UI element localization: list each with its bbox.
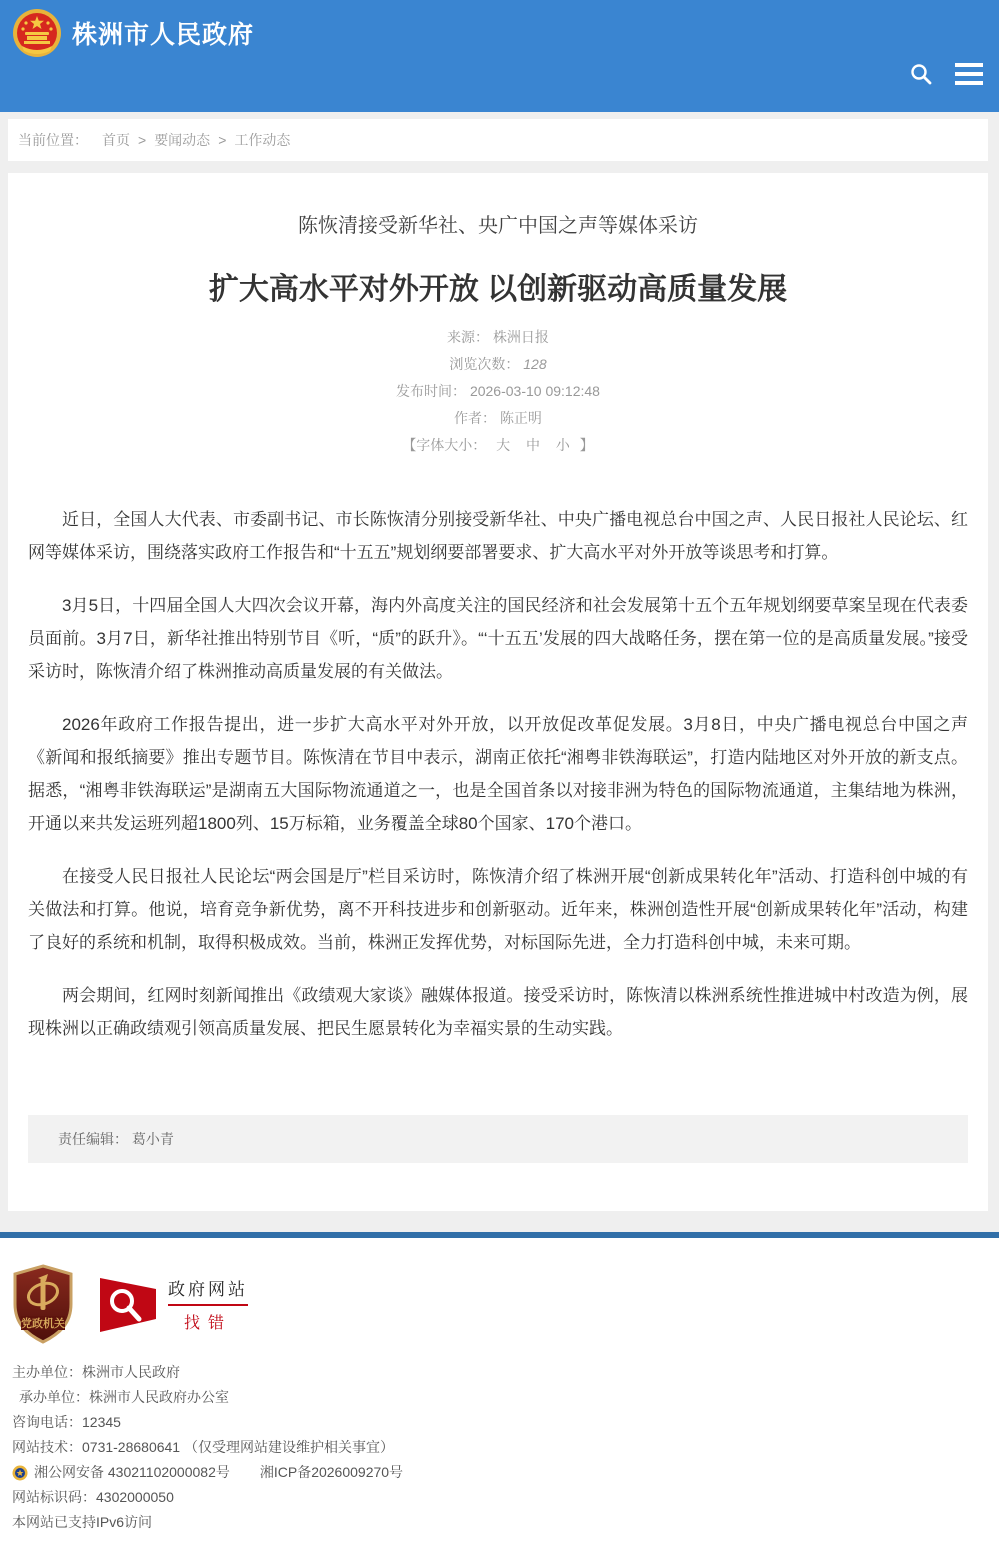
- article-paragraph: 两会期间，红网时刻新闻推出《政绩观大家谈》融媒体报道。接受采访时，陈恢清以株洲系…: [28, 979, 968, 1045]
- header-icons: [909, 62, 983, 86]
- article-card: 陈恢清接受新华社、央广中国之声等媒体采访 扩大高水平对外开放 以创新驱动高质量发…: [8, 173, 988, 1211]
- footer-hotline: 咨询电话：12345: [12, 1410, 987, 1435]
- article-paragraph: 在接受人民日报社人民论坛“两会国是厅”栏目采访时，陈恢清介绍了株洲开展“创新成果…: [28, 860, 968, 959]
- footer-site-id: 网站标识码：4302000050: [12, 1485, 987, 1510]
- site-title: 株洲市人民政府: [72, 15, 254, 51]
- menu-hamburger-icon[interactable]: [955, 63, 983, 85]
- article-title: 扩大高水平对外开放 以创新驱动高质量发展: [28, 264, 968, 308]
- meta-source: 来源： 株洲日报: [28, 324, 968, 351]
- meta-views: 浏览次数： 128: [28, 351, 968, 378]
- logo-row: 株洲市人民政府: [0, 0, 999, 58]
- breadcrumb-item-work[interactable]: 工作动态: [234, 130, 290, 150]
- footer-info: 主办单位：株洲市人民政府 承办单位：株洲市人民政府办公室 咨询电话：12345 …: [12, 1360, 987, 1535]
- meta-views-label: 浏览次数：: [449, 356, 519, 372]
- editor-box: 责任编辑： 葛小青: [28, 1115, 968, 1163]
- font-size-small-button[interactable]: 小: [556, 437, 570, 453]
- website-error-report-link[interactable]: 政府网站 找错: [100, 1275, 248, 1333]
- site-header: 株洲市人民政府: [0, 0, 999, 112]
- footer-ipv6-text: 本网站已支持IPv6访问: [12, 1514, 152, 1530]
- meta-publish-time: 发布时间： 2026-03-10 09:12:48: [28, 378, 968, 405]
- footer-hotline-label: 咨询电话：: [12, 1414, 82, 1430]
- article-paragraph: 2026年政府工作报告提出，进一步扩大高水平对外开放，以开放促改革促发展。3月8…: [28, 708, 968, 840]
- meta-publish-value: 2026-03-10 09:12:48: [470, 383, 600, 399]
- footer-host-value: 株洲市人民政府: [82, 1364, 180, 1380]
- meta-author: 作者： 陈正明: [28, 405, 968, 432]
- footer-tech-label: 网站技术：: [12, 1439, 82, 1455]
- meta-author-label: 作者：: [454, 410, 496, 426]
- article-body: 近日，全国人大代表、市委副书记、市长陈恢清分别接受新华社、中央广播电视总台中国之…: [28, 503, 968, 1045]
- meta-source-value: 株洲日报: [493, 329, 549, 345]
- footer-tech-value: 0731-28680641 （仅受理网站建设维护相关事宜）: [82, 1439, 394, 1455]
- meta-views-value: 128: [523, 356, 546, 372]
- public-security-badge-icon: [12, 1465, 28, 1481]
- site-footer: 党政机关 政府网站 找错 主办单位：株洲市人民政府 承办单位：株洲市人民政府办公…: [0, 1238, 999, 1559]
- footer-host-label: 主办单位：: [12, 1364, 82, 1380]
- error-report-line2: 找错: [168, 1310, 248, 1333]
- footer-hotline-value: 12345: [82, 1414, 121, 1430]
- breadcrumb-item-news[interactable]: 要闻动态: [154, 130, 210, 150]
- footer-tech-support: 网站技术：0731-28680641 （仅受理网站建设维护相关事宜）: [12, 1435, 987, 1460]
- meta-author-value: 陈正明: [500, 410, 542, 426]
- meta-source-label: 来源：: [447, 329, 489, 345]
- meta-publish-label: 发布时间：: [396, 383, 466, 399]
- font-size-control: 【字体大小： 大 中 小 】: [28, 432, 968, 459]
- footer-site-id-label: 网站标识码：: [12, 1489, 96, 1505]
- font-size-label: 【字体大小：: [402, 437, 486, 453]
- footer-organizer-value: 株洲市人民政府办公室: [89, 1389, 229, 1405]
- editor-label: 责任编辑：: [58, 1131, 128, 1147]
- gongan-beian-link[interactable]: 湘公网安备 43021102000082号: [34, 1460, 230, 1485]
- font-size-medium-button[interactable]: 中: [526, 437, 540, 453]
- breadcrumb-label: 当前位置：: [18, 130, 88, 150]
- footer-ipv6: 本网站已支持IPv6访问: [12, 1510, 987, 1535]
- icp-beian-link[interactable]: 湘ICP备2026009270号: [260, 1460, 403, 1485]
- font-size-large-button[interactable]: 大: [496, 437, 510, 453]
- footer-site-id-value: 4302000050: [96, 1489, 174, 1505]
- footer-organizer-unit: 承办单位：株洲市人民政府办公室: [12, 1385, 987, 1410]
- error-report-magnifier-icon: [100, 1275, 158, 1333]
- svg-text:党政机关: 党政机关: [21, 1316, 65, 1330]
- article-paragraph: 近日，全国人大代表、市委副书记、市长陈恢清分别接受新华社、中央广播电视总台中国之…: [28, 503, 968, 569]
- footer-host-unit: 主办单位：株洲市人民政府: [12, 1360, 987, 1385]
- footer-organizer-label: 承办单位：: [19, 1389, 89, 1405]
- editor-name: 葛小青: [132, 1131, 174, 1147]
- article-subtitle: 陈恢清接受新华社、央广中国之声等媒体采访: [28, 209, 968, 238]
- footer-beian: 湘公网安备 43021102000082号 湘ICP备2026009270号: [12, 1460, 987, 1485]
- search-icon[interactable]: [909, 62, 933, 86]
- party-government-badge-icon[interactable]: 党政机关: [12, 1264, 74, 1344]
- breadcrumb: 当前位置： 首页 > 要闻动态 > 工作动态: [8, 119, 988, 161]
- footer-logos: 党政机关 政府网站 找错: [12, 1264, 987, 1344]
- breadcrumb-separator: >: [138, 132, 146, 148]
- article-paragraph: 3月5日，十四届全国人大四次会议开幕，海内外高度关注的国民经济和社会发展第十五个…: [28, 589, 968, 688]
- national-emblem-icon: [12, 8, 62, 58]
- breadcrumb-item-home[interactable]: 首页: [102, 130, 130, 150]
- font-size-label-close: 】: [580, 437, 594, 453]
- error-report-line1: 政府网站: [168, 1275, 248, 1306]
- article-meta: 来源： 株洲日报 浏览次数： 128 发布时间： 2026-03-10 09:1…: [28, 324, 968, 459]
- breadcrumb-separator: >: [218, 132, 226, 148]
- error-report-text: 政府网站 找错: [168, 1275, 248, 1333]
